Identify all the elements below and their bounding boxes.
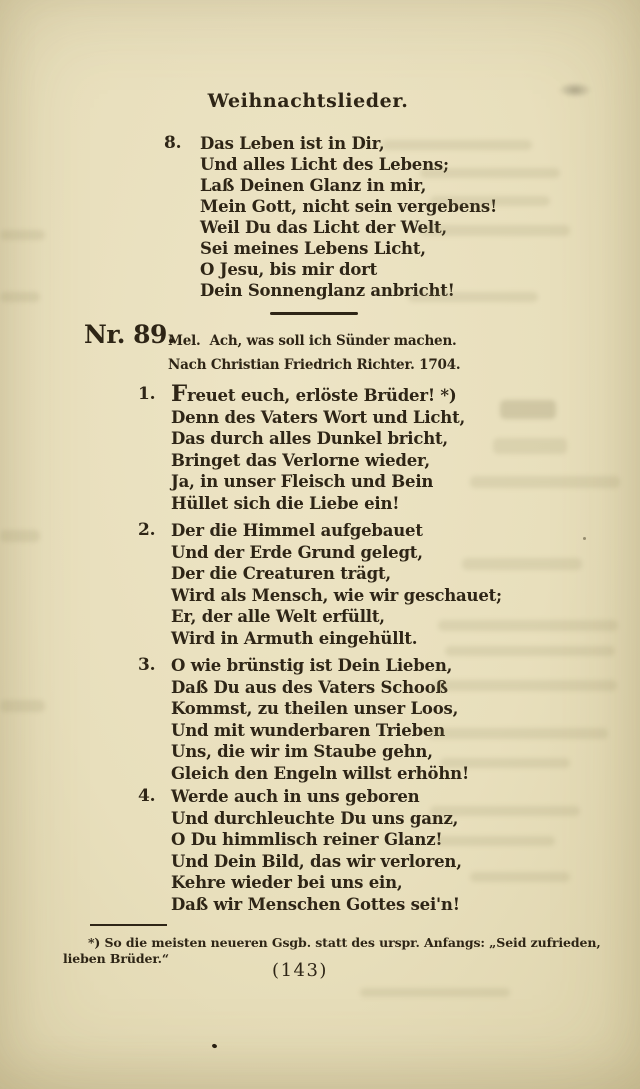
verse-lines: O wie brünstig ist Dein Lieben, Daß Du a… (171, 655, 469, 784)
verse-line: Freuet euch, erlöste Brüder! *) (171, 384, 465, 407)
previous-hymn-verse: 8. Das Leben ist in Dir, Und alles Licht… (164, 133, 497, 301)
verse-line: Und durchleuchte Du uns ganz, (171, 808, 462, 830)
verse-number: 4. (138, 786, 155, 808)
verse-line: Und der Erde Grund gelegt, (171, 542, 502, 564)
showthrough-smudge (0, 230, 45, 240)
verse-lines: Der die Himmel aufgebauet Und der Erde G… (171, 520, 502, 649)
verse-line: Werde auch in uns geboren (171, 786, 462, 808)
showthrough-smudge (470, 872, 570, 882)
verse-line: Der die Creaturen trägt, (171, 563, 502, 585)
verse-line: O wie brünstig ist Dein Lieben, (171, 655, 469, 677)
verse-line: Wird in Armuth eingehüllt. (171, 628, 502, 650)
verse-line: Ja, in unser Fleisch und Bein (171, 471, 465, 493)
verse-number: 2. (138, 520, 155, 542)
verse-line: Bringet das Verlorne wieder, (171, 450, 465, 472)
verse-line: O Jesu, bis mir dort (200, 259, 497, 280)
melody-line: Mel.Ach, was soll ich Sünder machen. (168, 333, 454, 349)
verse-line: Das durch alles Dunkel bricht, (171, 428, 465, 450)
showthrough-smudge (360, 988, 510, 997)
verse-line: Der die Himmel aufgebauet (171, 520, 502, 542)
footnote-line: *) So die meisten neueren Gsgb. statt de… (63, 935, 563, 951)
melody-title: Ach, was soll ich Sünder machen. (210, 333, 457, 349)
hymn-number: Nr. 89. (84, 320, 175, 349)
verse-line: Und alles Licht des Lebens; (200, 154, 497, 175)
verse-number: 1. (138, 384, 155, 406)
hymn-verse-4: 4. Werde auch in uns geboren Und durchle… (138, 786, 462, 915)
verse-line: Kehre wieder bei uns ein, (171, 872, 462, 894)
verse-line: Dein Sonnenglanz anbricht! (200, 280, 497, 301)
showthrough-smudge (0, 700, 45, 712)
book-page: Weihnachtslieder. 8. Das Leben ist in Di… (0, 0, 640, 1089)
verse-number: 8. (164, 133, 181, 154)
verse-line: Weil Du das Licht der Welt, (200, 217, 497, 238)
verse-line: Kommst, zu theilen unser Loos, (171, 698, 469, 720)
showthrough-smudge (0, 530, 40, 542)
verse-line: Gleich den Engeln willst erhöhn! (171, 763, 469, 785)
verse-line: Laß Deinen Glanz in mir, (200, 175, 497, 196)
verse-line: Sei meines Lebens Licht, (200, 238, 497, 259)
ink-speck (211, 1043, 217, 1048)
verse-line: Hüllet sich die Liebe ein! (171, 493, 465, 515)
showthrough-smudge (493, 438, 567, 454)
verse-line: Denn des Vaters Wort und Licht, (171, 407, 465, 429)
hymn-verse-2: 2. Der die Himmel aufgebauet Und der Erd… (138, 520, 502, 649)
section-divider-rule (270, 312, 358, 315)
melody-label: Mel. (168, 333, 201, 349)
verse-lines: Werde auch in uns geboren Und durchleuch… (171, 786, 462, 915)
verse-line: Daß wir Menschen Gottes sei'n! (171, 894, 462, 916)
hymn-verse-3: 3. O wie brünstig ist Dein Lieben, Daß D… (138, 655, 469, 784)
showthrough-smudge (0, 292, 40, 302)
showthrough-smudge (470, 476, 620, 488)
verse-number: 3. (138, 655, 155, 677)
footnote-rule (90, 924, 167, 926)
verse-line: Und mit wunderbaren Trieben (171, 720, 469, 742)
verse-line: Uns, die wir im Staube gehn, (171, 741, 469, 763)
verse-line: Mein Gott, nicht sein vergebens! (200, 196, 497, 217)
page-header: Weihnachtslieder. (0, 90, 616, 112)
verse-lines: Freuet euch, erlöste Brüder! *) Denn des… (171, 384, 465, 514)
attribution-line: Nach Christian Friedrich Richter. 1704. (168, 357, 454, 373)
hymn-verse-1: 1. Freuet euch, erlöste Brüder! *) Denn … (138, 384, 465, 514)
verse-line: Das Leben ist in Dir, (200, 133, 497, 154)
page-number: (143) (0, 960, 600, 981)
verse-line: Wird als Mensch, wie wir geschauet; (171, 585, 502, 607)
verse-line: Und Dein Bild, das wir verloren, (171, 851, 462, 873)
verse-line: O Du himmlisch reiner Glanz! (171, 829, 462, 851)
paper-speck (583, 537, 586, 540)
showthrough-smudge (500, 400, 556, 419)
verse-lines: Das Leben ist in Dir, Und alles Licht de… (200, 133, 497, 301)
verse-line: Daß Du aus des Vaters Schooß (171, 677, 469, 699)
verse-line: Er, der alle Welt erfüllt, (171, 606, 502, 628)
